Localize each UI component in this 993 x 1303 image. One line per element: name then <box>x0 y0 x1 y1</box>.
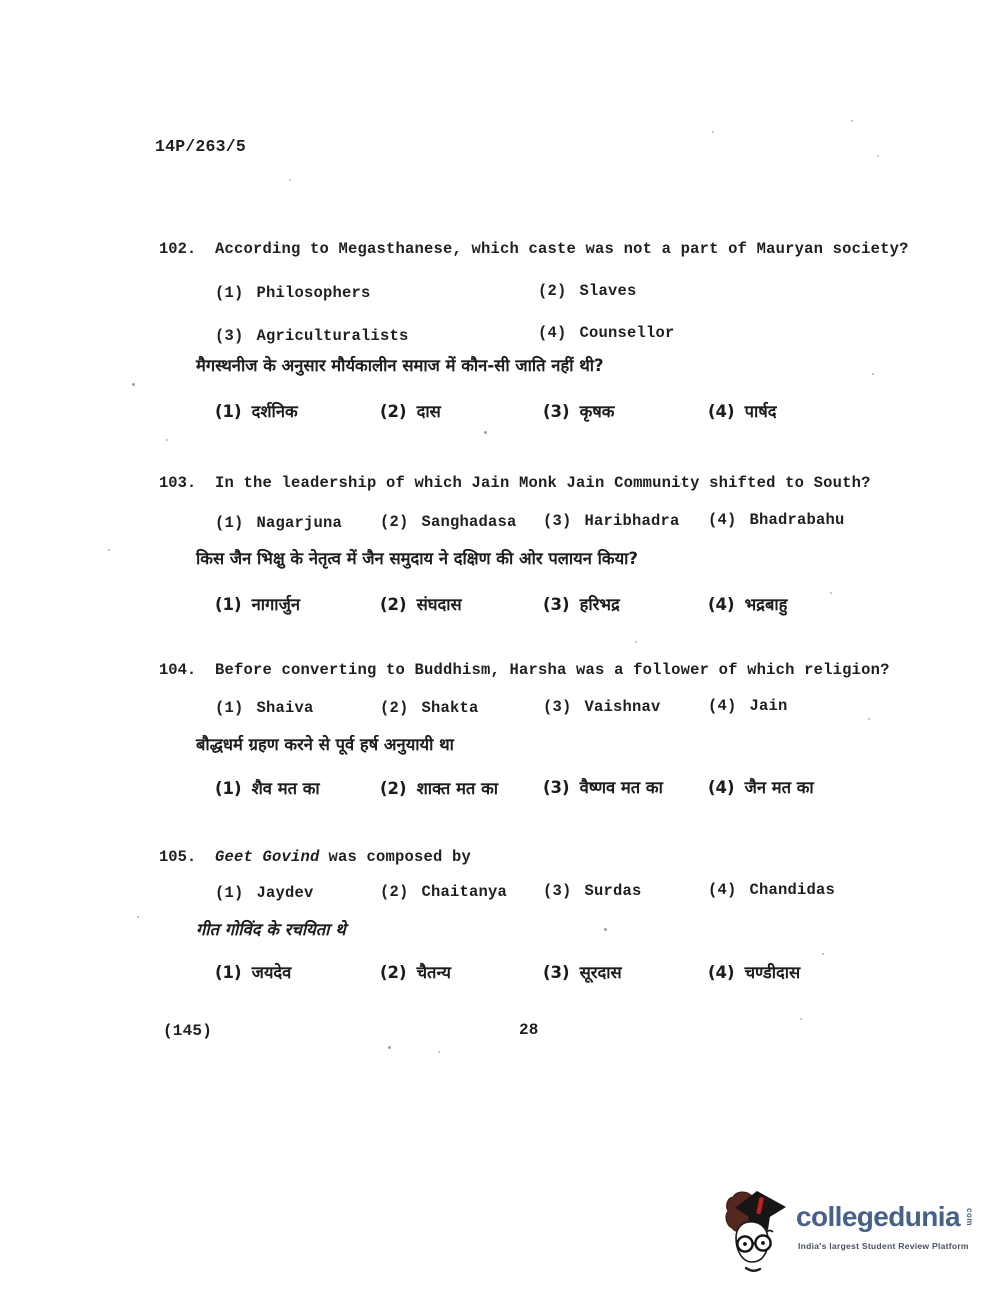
scan-speck <box>822 953 824 955</box>
scan-speck <box>800 1018 802 1020</box>
question-text-en: According to Megasthanese, which caste w… <box>215 240 909 258</box>
collegedunia-brand-text: collegedunia <box>796 1201 960 1233</box>
scan-speck <box>830 592 832 594</box>
option-hi-103-4: (4)भद्रबाहु <box>708 592 787 615</box>
option-en-102-2: (2)Slaves <box>538 282 637 300</box>
option-hi-102-1: (1)दर्शनिक <box>215 399 298 422</box>
option-en-104-1: (1)Shaiva <box>215 699 314 717</box>
collegedunia-logo: collegedunia com India's largest Student… <box>722 1186 988 1278</box>
option-en-104-2: (2)Shakta <box>380 699 479 717</box>
scan-speck <box>877 155 879 157</box>
option-en-103-2: (2)Sanghadasa <box>380 513 517 531</box>
question-text-en: Geet Govindwas composed by <box>215 848 471 866</box>
collegedunia-tagline: India's largest Student Review Platform <box>798 1241 969 1251</box>
option-hi-103-3: (3)हरिभद्र <box>543 592 620 615</box>
option-en-105-4: (4)Chandidas <box>708 881 835 899</box>
collegedunia-brand-suffix: com <box>965 1208 974 1226</box>
option-hi-102-4: (4)पार्षद <box>708 399 777 422</box>
paper-code: 14P/263/5 <box>155 137 246 156</box>
question-number: 102. <box>159 240 196 258</box>
option-en-102-4: (4)Counsellor <box>538 324 675 342</box>
scan-speck <box>851 120 853 122</box>
question-text-hi: मैगस्थनीज के अनुसार मौर्यकालीन समाज में … <box>196 353 604 376</box>
question-text-hi: किस जैन भिक्षु के नेतृत्व में जैन समुदाय… <box>196 546 638 569</box>
option-hi-102-3: (3)कृषक <box>543 399 614 422</box>
scan-speck <box>388 1046 391 1049</box>
option-en-104-4: (4)Jain <box>708 697 788 715</box>
option-hi-104-1: (1)शैव मत का <box>215 776 320 799</box>
option-hi-105-2: (2)चैतन्य <box>380 960 451 983</box>
option-hi-102-2: (2)दास <box>380 399 441 422</box>
option-en-105-2: (2)Chaitanya <box>380 883 507 901</box>
scan-speck <box>872 373 874 375</box>
option-en-103-4: (4)Bhadrabahu <box>708 511 845 529</box>
option-hi-103-2: (2)संघदास <box>380 592 462 615</box>
scan-speck <box>438 1051 440 1053</box>
question-number: 104. <box>159 661 196 679</box>
question-text-en: In the leadership of which Jain Monk Jai… <box>215 474 871 492</box>
scan-speck <box>635 641 637 643</box>
scan-speck <box>132 383 135 386</box>
option-hi-103-1: (1)नागार्जुन <box>215 592 300 615</box>
scan-speck <box>868 718 870 720</box>
question-number: 103. <box>159 474 196 492</box>
option-en-103-1: (1)Nagarjuna <box>215 514 342 532</box>
option-hi-105-4: (4)चण्डीदास <box>708 960 800 983</box>
option-en-104-3: (3)Vaishnav <box>543 698 661 716</box>
question-number: 105. <box>159 848 196 866</box>
scan-speck <box>484 431 487 434</box>
option-en-102-3: (3)Agriculturalists <box>215 327 409 345</box>
collegedunia-mascot-icon <box>722 1188 790 1274</box>
option-hi-104-3: (3)वैष्णव मत का <box>543 775 663 798</box>
footer-series: (145) <box>163 1022 212 1040</box>
question-text-hi: गीत गोविंद के रचयिता थे <box>196 917 346 940</box>
option-hi-104-2: (2)शाक्त मत का <box>380 776 498 799</box>
scan-speck <box>604 928 607 931</box>
option-hi-104-4: (4)जैन मत का <box>708 775 814 798</box>
option-en-105-1: (1)Jaydev <box>215 884 314 902</box>
option-en-105-3: (3)Surdas <box>543 882 642 900</box>
option-en-103-3: (3)Haribhadra <box>543 512 680 530</box>
option-en-102-1: (1)Philosophers <box>215 284 371 302</box>
scan-speck <box>166 439 168 441</box>
scan-speck <box>680 483 682 485</box>
page-number: 28 <box>519 1021 539 1039</box>
scan-speck <box>137 916 139 918</box>
exam-paper-page: 14P/263/5 102. According to Megasthanese… <box>0 0 993 1303</box>
scan-speck <box>289 179 291 181</box>
question-text-en: Before converting to Buddhism, Harsha wa… <box>215 661 890 679</box>
scan-speck <box>108 549 110 551</box>
option-hi-105-3: (3)सूरदास <box>543 960 622 983</box>
question-text-hi: बौद्धधर्म ग्रहण करने से पूर्व हर्ष अनुया… <box>196 732 454 755</box>
scan-speck <box>712 131 714 133</box>
option-hi-105-1: (1)जयदेव <box>215 960 291 983</box>
